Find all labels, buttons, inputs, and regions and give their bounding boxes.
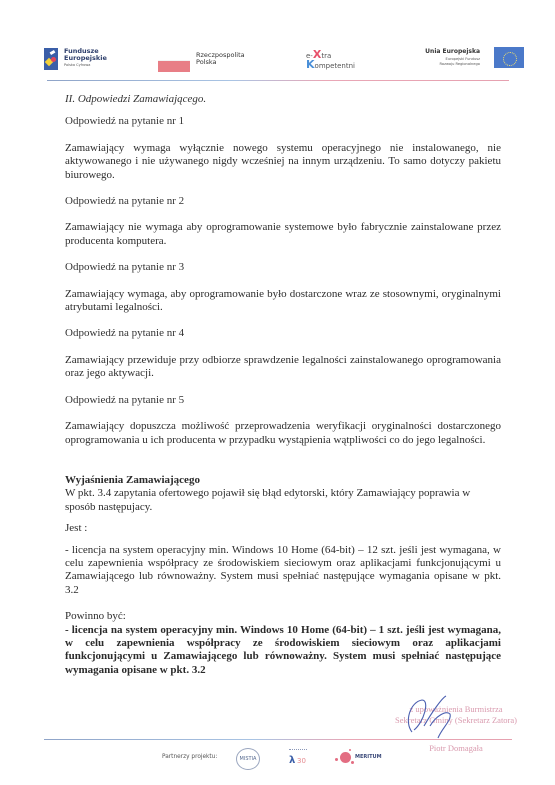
document-body: II. Odpowiedzi Zamawiającego. Odpowiedź … bbox=[65, 93, 501, 677]
fundusze-line3: Polska Cyfrowa bbox=[64, 63, 90, 67]
polish-flag-icon bbox=[158, 60, 190, 72]
answer-text: Zamawiający wymaga, aby oprogramowanie b… bbox=[65, 288, 501, 315]
section-title: II. Odpowiedzi Zamawiającego. bbox=[65, 93, 501, 106]
fundusze-europejskie-logo: Fundusze Europejskie Polska Cyfrowa bbox=[44, 48, 124, 72]
answer-text: Zamawiający nie wymaga aby oprogramowani… bbox=[65, 221, 501, 248]
footer-divider bbox=[44, 739, 512, 740]
person-icon: λ bbox=[289, 755, 295, 766]
extra-kompetentni-logo: e-Xtra Kompetentni bbox=[306, 48, 366, 72]
signature-name: Piotr Domagała bbox=[376, 743, 536, 753]
meritum-dot-icon bbox=[340, 752, 351, 763]
handwritten-signature-icon bbox=[394, 692, 464, 740]
answer-text: Zamawiający dopuszcza możliwość przeprow… bbox=[65, 420, 501, 447]
ue-line1: Unia Europejska bbox=[425, 48, 480, 55]
clarification-title: Wyjaśnienia Zamawiającego bbox=[65, 474, 501, 487]
answer-text: Zamawiający wymaga wyłącznie nowego syst… bbox=[65, 142, 501, 182]
extra-k: K bbox=[306, 58, 315, 71]
letterhead: Fundusze Europejskie Polska Cyfrowa Rzec… bbox=[0, 0, 555, 92]
ue-line3: Rozwoju Regionalnego bbox=[440, 62, 480, 66]
partners-label: Partnerzy projektu: bbox=[162, 754, 217, 760]
eu-flag-icon bbox=[494, 47, 524, 68]
header-divider bbox=[47, 80, 509, 81]
should-text: - licencja na system operacyjny min. Win… bbox=[65, 624, 501, 678]
answer-label: Odpowiedź na pytanie nr 4 bbox=[65, 327, 501, 340]
ue-line2: Europejski Fundusz bbox=[446, 57, 480, 61]
unia-europejska-logo: Unia Europejska Europejski Fundusz Rozwo… bbox=[414, 47, 524, 73]
meritum-text: MERITUM bbox=[355, 754, 382, 760]
signature-stamp: z upoważnienia Burmistrza Sekretarz Gmin… bbox=[370, 692, 540, 752]
extra-ompetentni: ompetentni bbox=[315, 62, 355, 70]
answer-label: Odpowiedź na pytanie nr 3 bbox=[65, 261, 501, 274]
answer-label: Odpowiedź na pytanie nr 5 bbox=[65, 394, 501, 407]
fundusze-flag-icon bbox=[44, 48, 58, 70]
mistia-logo: MISTIA bbox=[236, 748, 260, 770]
answer-label: Odpowiedź na pytanie nr 2 bbox=[65, 195, 501, 208]
thirty-number: 30 bbox=[297, 757, 306, 765]
should-label: Powinno być: bbox=[65, 610, 501, 623]
answer-label: Odpowiedź na pytanie nr 1 bbox=[65, 115, 501, 128]
rzeczpospolita-line2: Polska bbox=[196, 59, 245, 66]
is-text: - licencja na system operacyjny min. Win… bbox=[65, 544, 501, 598]
thirty-years-logo: λ 30 bbox=[289, 749, 309, 769]
rzeczpospolita-logo: Rzeczpospolita Polska bbox=[158, 52, 268, 72]
answer-text: Zamawiający przewiduje przy odbiorze spr… bbox=[65, 354, 501, 381]
is-label: Jest : bbox=[65, 522, 501, 535]
fundusze-line2: Europejskie bbox=[64, 55, 107, 62]
meritum-logo: MERITUM bbox=[335, 748, 395, 768]
clarification-intro: W pkt. 3.4 zapytania ofertowego pojawił … bbox=[65, 487, 501, 514]
